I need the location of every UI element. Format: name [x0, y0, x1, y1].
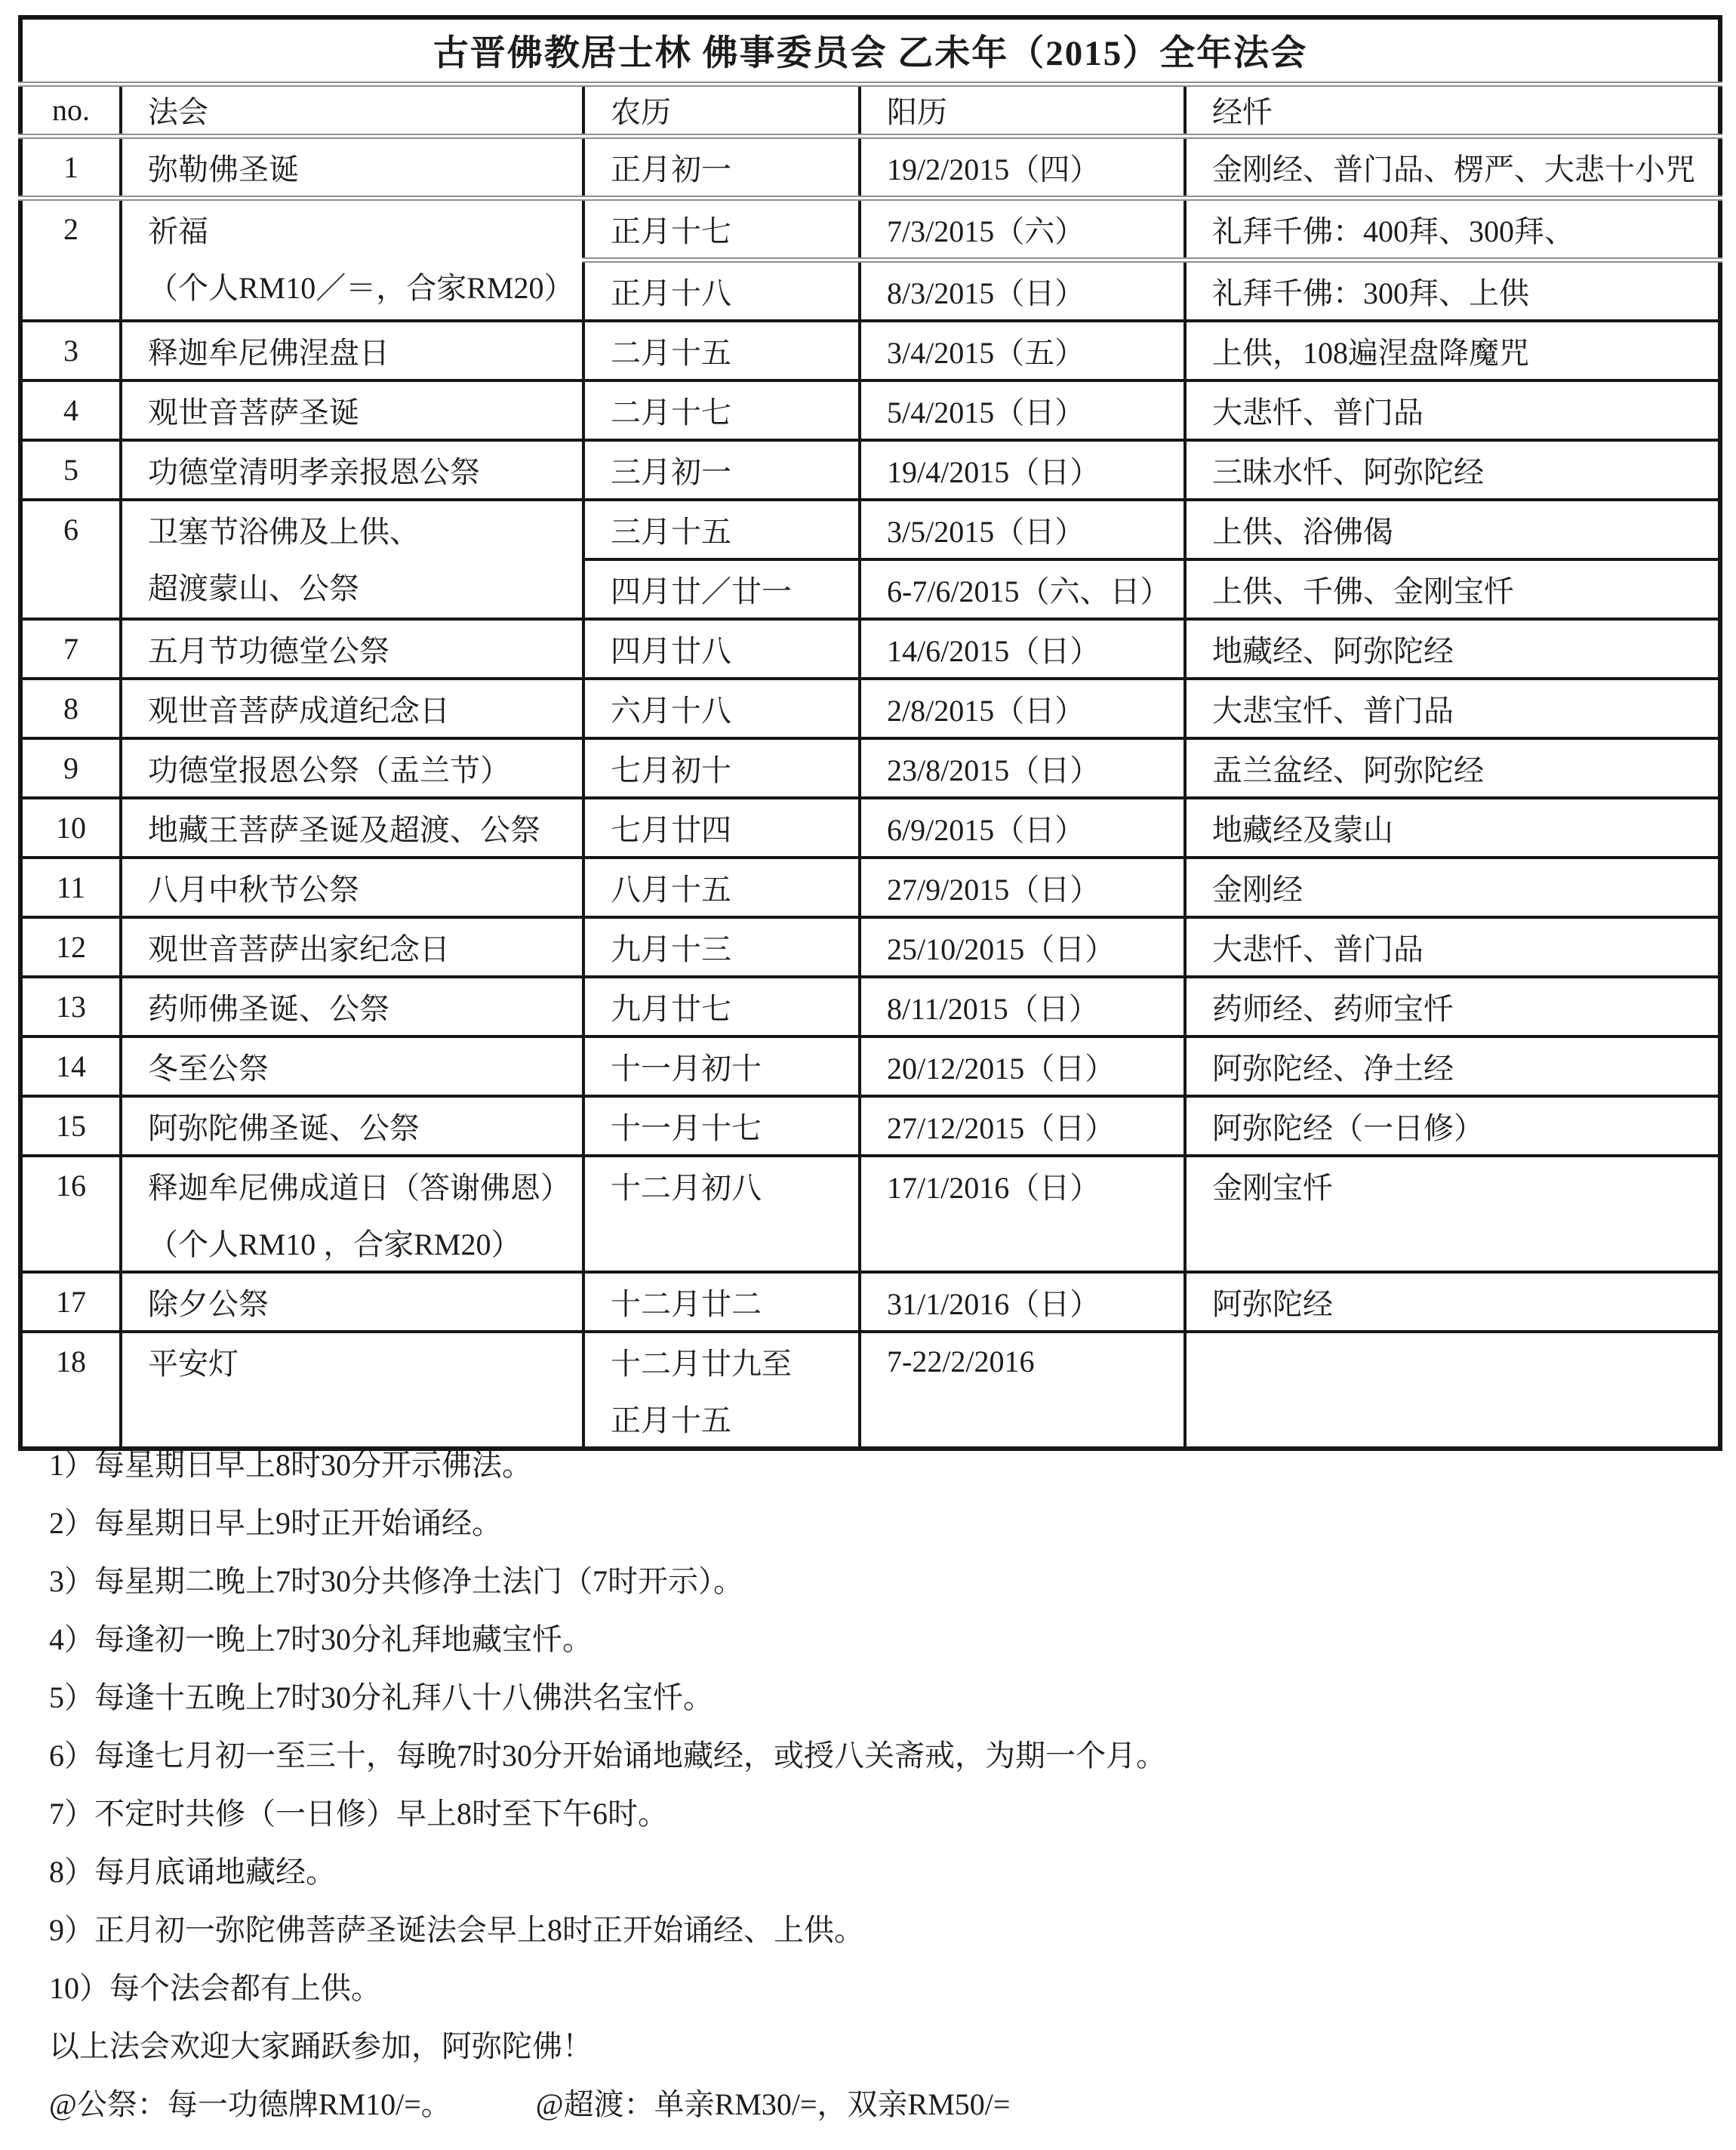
cell-nongli: 二月十五: [583, 321, 860, 380]
cell-line: 十一月十七: [585, 1098, 858, 1154]
cell-line: 16: [23, 1157, 119, 1214]
cell-line: 19/2/2015（四）: [861, 139, 1183, 196]
table-title: 古晋佛教居士林 佛事委员会 乙未年（2015）全年法会: [20, 17, 1720, 84]
cell-line: 11: [23, 859, 119, 916]
cell-nongli: 十二月廿二: [583, 1272, 860, 1332]
events-table-body: 古晋佛教居士林 佛事委员会 乙未年（2015）全年法会no.法会农历阳历经忏1弥…: [20, 17, 1720, 1449]
cell-line: 阿弥陀经、净土经: [1187, 1038, 1718, 1095]
cell-nongli: 四月廿／廿一: [583, 559, 860, 619]
cell-nongli: 十一月十七: [583, 1096, 860, 1156]
header-cell-2: 农历: [583, 84, 860, 136]
cell-line: 8/3/2015（日）: [861, 263, 1183, 319]
cell-fahui: 除夕公祭: [121, 1272, 583, 1332]
cell-line: 17: [23, 1274, 119, 1330]
cell-no: 13: [20, 977, 121, 1036]
note-line: 9）正月初一弥陀佛菩萨圣诞法会早上8时正开始诵经、上供。: [49, 1901, 1166, 1959]
cell-jingchan: 上供、浴佛偈: [1185, 500, 1720, 559]
cell-yangli: 8/3/2015（日）: [860, 260, 1185, 321]
cell-jingchan: 上供，108遍涅盘降魔咒: [1185, 321, 1720, 380]
cell-line: 27/9/2015（日）: [861, 859, 1183, 916]
cell-line: 2: [23, 201, 119, 257]
cell-line: 31/1/2016（日）: [861, 1274, 1183, 1330]
cell-line: 10: [23, 799, 119, 856]
cell-line: 礼拜千佛：300拜、上供: [1187, 263, 1718, 319]
cell-line: 观世音菩萨出家纪念日: [122, 919, 582, 975]
cell-fahui: 功德堂清明孝亲报恩公祭: [121, 440, 583, 500]
cell-jingchan: 大悲忏、普门品: [1185, 380, 1720, 440]
cell-line: 6/9/2015（日）: [861, 799, 1183, 856]
cell-no: 11: [20, 858, 121, 917]
cell-yangli: 7/3/2015（六）: [860, 198, 1185, 260]
cell-line: 7: [23, 621, 119, 677]
cell-line: 14: [23, 1038, 119, 1095]
cell-line: 3: [23, 322, 119, 379]
header-cell-3: 阳历: [860, 84, 1185, 136]
cell-line: 九月廿七: [585, 978, 858, 1035]
table-row: 9功德堂报恩公祭（盂兰节）七月初十23/8/2015（日）盂兰盆经、阿弥陀经: [20, 738, 1720, 798]
table-row: 17除夕公祭十二月廿二31/1/2016（日）阿弥陀经: [20, 1272, 1720, 1332]
cell-yangli: 8/11/2015（日）: [860, 977, 1185, 1036]
cell-yangli: 6/9/2015（日）: [860, 798, 1185, 858]
cell-fahui: 释迦牟尼佛涅盘日: [121, 321, 583, 380]
cell-line: 礼拜千佛：400拜、300拜、: [1187, 201, 1718, 257]
table-row: 12观世音菩萨出家纪念日九月十三25/10/2015（日）大悲忏、普门品: [20, 917, 1720, 977]
cell-yangli: 31/1/2016（日）: [860, 1272, 1185, 1332]
cell-nongli: 九月廿七: [583, 977, 860, 1036]
cell-line: 药师佛圣诞、公祭: [122, 978, 582, 1035]
cell-line: 上供、千佛、金刚宝忏: [1187, 561, 1718, 618]
cell-no: 7: [20, 619, 121, 679]
cell-line: 三月初一: [585, 442, 858, 498]
cell-line: 十一月初十: [585, 1038, 858, 1095]
cell-fahui: 观世音菩萨成道纪念日: [121, 679, 583, 738]
table-row: 古晋佛教居士林 佛事委员会 乙未年（2015）全年法会: [20, 17, 1720, 84]
cell-fahui: 祈福（个人RM10／＝，合家RM20）: [121, 198, 583, 321]
cell-jingchan: 药师经、药师宝忏: [1185, 977, 1720, 1036]
cell-line: 3/5/2015（日）: [861, 501, 1183, 558]
cell-no: 12: [20, 917, 121, 977]
cell-line: 二月十七: [585, 382, 858, 439]
cell-fahui: 药师佛圣诞、公祭: [121, 977, 583, 1036]
table-row: 13药师佛圣诞、公祭九月廿七8/11/2015（日）药师经、药师宝忏: [20, 977, 1720, 1036]
cell-line: 19/4/2015（日）: [861, 442, 1183, 498]
table-row: 16释迦牟尼佛成道日（答谢佛恩）（个人RM10 ，合家RM20）十二月初八17/…: [20, 1156, 1720, 1272]
cell-no: 18: [20, 1332, 121, 1449]
cell-line: 18: [23, 1333, 119, 1390]
cell-nongli: 正月十八: [583, 260, 860, 321]
cell-jingchan: 地藏经及蒙山: [1185, 798, 1720, 858]
closing-line: 以上法会欢迎大家踊跃参加，阿弥陀佛！: [49, 2017, 1166, 2075]
cell-line: 金刚经、普门品、楞严、大悲十小咒: [1187, 139, 1718, 196]
cell-line: 13: [23, 978, 119, 1035]
cell-line: 2/8/2015（日）: [861, 680, 1183, 737]
cell-yangli: 20/12/2015（日）: [860, 1036, 1185, 1096]
cell-fahui: 卫塞节浴佛及上供、超渡蒙山、公祭: [121, 500, 583, 619]
cell-line: 七月廿四: [585, 799, 858, 856]
cell-line: 12: [23, 919, 119, 975]
cell-line: 阿弥陀经（一日修）: [1187, 1098, 1718, 1154]
cell-jingchan: [1185, 1332, 1720, 1449]
cell-line: 三昧水忏、阿弥陀经: [1187, 442, 1718, 498]
table-row: 10地藏王菩萨圣诞及超渡、公祭七月廿四6/9/2015（日）地藏经及蒙山: [20, 798, 1720, 858]
cell-line: 经忏: [1187, 87, 1718, 134]
cell-yangli: 5/4/2015（日）: [860, 380, 1185, 440]
cell-line: 6: [23, 501, 119, 558]
cell-line: 14/6/2015（日）: [861, 621, 1183, 677]
cell-yangli: 14/6/2015（日）: [860, 619, 1185, 679]
cell-no: 4: [20, 380, 121, 440]
cell-jingchan: 阿弥陀经、净土经: [1185, 1036, 1720, 1096]
cell-line: 平安灯: [122, 1333, 582, 1390]
cell-line: 正月十七: [585, 201, 858, 257]
cell-line: 上供、浴佛偈: [1187, 501, 1718, 558]
cell-fahui: 观世音菩萨出家纪念日: [121, 917, 583, 977]
cell-line: 15: [23, 1098, 119, 1154]
header-row: no.法会农历阳历经忏: [20, 84, 1720, 136]
cell-yangli: 2/8/2015（日）: [860, 679, 1185, 738]
cell-line: 八月十五: [585, 859, 858, 916]
cell-line: 地藏王菩萨圣诞及超渡、公祭: [122, 799, 582, 856]
cell-yangli: 7-22/2/2016: [860, 1332, 1185, 1449]
cell-line: 弥勒佛圣诞: [122, 139, 582, 196]
cell-line: no.: [23, 87, 119, 134]
cell-line: 功德堂报恩公祭（盂兰节）: [122, 740, 582, 796]
cell-line: 7-22/2/2016: [861, 1333, 1183, 1390]
fee-gongji: @公祭：每一功德牌RM10/=。: [49, 2087, 451, 2121]
cell-no: 16: [20, 1156, 121, 1272]
cell-nongli: 六月十八: [583, 679, 860, 738]
cell-line: （个人RM10／＝，合家RM20）: [122, 257, 582, 314]
cell-jingchan: 金刚经: [1185, 858, 1720, 917]
table-row: 4观世音菩萨圣诞二月十七5/4/2015（日）大悲忏、普门品: [20, 380, 1720, 440]
table-row: 2祈福（个人RM10／＝，合家RM20）正月十七7/3/2015（六）礼拜千佛：…: [20, 198, 1720, 260]
cell-no: 14: [20, 1036, 121, 1096]
cell-nongli: 七月初十: [583, 738, 860, 798]
cell-fahui: 地藏王菩萨圣诞及超渡、公祭: [121, 798, 583, 858]
cell-line: 功德堂清明孝亲报恩公祭: [122, 442, 582, 498]
cell-yangli: 19/2/2015（四）: [860, 136, 1185, 198]
note-line: 10）每个法会都有上供。: [49, 1959, 1166, 2017]
cell-line: 阳历: [861, 87, 1183, 134]
cell-line: 观世音菩萨圣诞: [122, 382, 582, 439]
cell-line: 3/4/2015（五）: [861, 322, 1183, 379]
cell-line: 除夕公祭: [122, 1274, 582, 1330]
cell-line: 阿弥陀经: [1187, 1274, 1718, 1330]
cell-nongli: 九月十三: [583, 917, 860, 977]
cell-nongli: 十二月初八: [583, 1156, 860, 1272]
cell-no: 1: [20, 136, 121, 198]
cell-line: 卫塞节浴佛及上供、: [122, 501, 582, 558]
cell-yangli: 25/10/2015（日）: [860, 917, 1185, 977]
cell-line: 四月廿／廿一: [585, 561, 858, 618]
cell-line: 二月十五: [585, 322, 858, 379]
cell-line: 十二月廿九至: [585, 1333, 858, 1390]
cell-jingchan: 礼拜千佛：400拜、300拜、: [1185, 198, 1720, 260]
header-cell-1: 法会: [121, 84, 583, 136]
cell-line: 四月廿八: [585, 621, 858, 677]
cell-line: 阿弥陀佛圣诞、公祭: [122, 1098, 582, 1154]
cell-jingchan: 三昧水忏、阿弥陀经: [1185, 440, 1720, 500]
cell-no: 8: [20, 679, 121, 738]
table-row: 6卫塞节浴佛及上供、超渡蒙山、公祭三月十五3/5/2015（日）上供、浴佛偈: [20, 500, 1720, 559]
cell-line: 大悲忏、普门品: [1187, 919, 1718, 975]
cell-line: 祈福: [122, 201, 582, 257]
cell-nongli: 正月初一: [583, 136, 860, 198]
cell-line: 九月十三: [585, 919, 858, 975]
cell-line: 释迦牟尼佛涅盘日: [122, 322, 582, 379]
cell-line: 六月十八: [585, 680, 858, 737]
cell-yangli: 3/4/2015（五）: [860, 321, 1185, 380]
cell-nongli: 十二月廿九至正月十五: [583, 1332, 860, 1449]
cell-line: 27/12/2015（日）: [861, 1098, 1183, 1154]
header-cell-0: no.: [20, 84, 121, 136]
cell-line: 20/12/2015（日）: [861, 1038, 1183, 1095]
cell-fahui: 观世音菩萨圣诞: [121, 380, 583, 440]
events-table: 古晋佛教居士林 佛事委员会 乙未年（2015）全年法会no.法会农历阳历经忏1弥…: [18, 15, 1722, 1451]
cell-yangli: 27/9/2015（日）: [860, 858, 1185, 917]
note-line: 4）每逢初一晚上7时30分礼拜地藏宝忏。: [49, 1610, 1166, 1668]
cell-nongli: 二月十七: [583, 380, 860, 440]
cell-fahui: 平安灯: [121, 1332, 583, 1449]
cell-nongli: 十一月初十: [583, 1036, 860, 1096]
cell-jingchan: 阿弥陀经: [1185, 1272, 1720, 1332]
cell-line: 法会: [122, 87, 582, 134]
notes-section: 1）每星期日早上8时30分开示佛法。2）每星期日早上9时正开始诵经。3）每星期二…: [49, 1436, 1166, 2133]
cell-nongli: 三月初一: [583, 440, 860, 500]
fees-line: @公祭：每一功德牌RM10/=。@超渡：单亲RM30/=，双亲RM50/=: [49, 2075, 1166, 2133]
cell-line: 八月中秋节公祭: [122, 859, 582, 916]
cell-line: 十二月廿二: [585, 1274, 858, 1330]
cell-jingchan: 金刚宝忏: [1185, 1156, 1720, 1272]
table-row: 7五月节功德堂公祭四月廿八14/6/2015（日）地藏经、阿弥陀经: [20, 619, 1720, 679]
cell-jingchan: 礼拜千佛：300拜、上供: [1185, 260, 1720, 321]
table-row: 15阿弥陀佛圣诞、公祭十一月十七27/12/2015（日）阿弥陀经（一日修）: [20, 1096, 1720, 1156]
cell-line: 5/4/2015（日）: [861, 382, 1183, 439]
cell-line: 金刚经: [1187, 859, 1718, 916]
note-line: 8）每月底诵地藏经。: [49, 1843, 1166, 1901]
cell-fahui: 弥勒佛圣诞: [121, 136, 583, 198]
cell-line: 5: [23, 442, 119, 498]
cell-line: 农历: [585, 87, 858, 134]
note-line: 6）每逢七月初一至三十，每晚7时30分开始诵地藏经，或授八关斋戒，为期一个月。: [49, 1726, 1166, 1785]
cell-no: 2: [20, 198, 121, 321]
cell-line: 正月十八: [585, 263, 858, 319]
note-line: 2）每星期日早上9时正开始诵经。: [49, 1494, 1166, 1552]
cell-line: 观世音菩萨成道纪念日: [122, 680, 582, 737]
cell-line: 大悲忏、普门品: [1187, 382, 1718, 439]
cell-yangli: 3/5/2015（日）: [860, 500, 1185, 559]
cell-no: 6: [20, 500, 121, 619]
cell-line: 23/8/2015（日）: [861, 740, 1183, 796]
table-row: 14冬至公祭十一月初十20/12/2015（日）阿弥陀经、净土经: [20, 1036, 1720, 1096]
cell-jingchan: 盂兰盆经、阿弥陀经: [1185, 738, 1720, 798]
cell-line: 7/3/2015（六）: [861, 201, 1183, 257]
cell-fahui: 五月节功德堂公祭: [121, 619, 583, 679]
cell-line: 6-7/6/2015（六、日）: [861, 561, 1183, 618]
cell-no: 9: [20, 738, 121, 798]
cell-line: 1: [23, 139, 119, 196]
cell-line: 释迦牟尼佛成道日（答谢佛恩）: [122, 1157, 582, 1214]
cell-yangli: 27/12/2015（日）: [860, 1096, 1185, 1156]
cell-line: 三月十五: [585, 501, 858, 558]
table-row: 8观世音菩萨成道纪念日六月十八2/8/2015（日）大悲宝忏、普门品: [20, 679, 1720, 738]
cell-no: 17: [20, 1272, 121, 1332]
cell-line: 25/10/2015（日）: [861, 919, 1183, 975]
cell-nongli: 三月十五: [583, 500, 860, 559]
cell-nongli: 四月廿八: [583, 619, 860, 679]
cell-no: 3: [20, 321, 121, 380]
table-row: 3释迦牟尼佛涅盘日二月十五3/4/2015（五）上供，108遍涅盘降魔咒: [20, 321, 1720, 380]
table-row: 1弥勒佛圣诞正月初一19/2/2015（四）金刚经、普门品、楞严、大悲十小咒: [20, 136, 1720, 198]
cell-line: 五月节功德堂公祭: [122, 621, 582, 677]
cell-line: 七月初十: [585, 740, 858, 796]
cell-line: 金刚宝忏: [1187, 1157, 1718, 1214]
cell-line: 9: [23, 740, 119, 796]
cell-jingchan: 地藏经、阿弥陀经: [1185, 619, 1720, 679]
cell-no: 10: [20, 798, 121, 858]
cell-line: 4: [23, 382, 119, 439]
cell-jingchan: 金刚经、普门品、楞严、大悲十小咒: [1185, 136, 1720, 198]
cell-line: 地藏经及蒙山: [1187, 799, 1718, 856]
header-cell-4: 经忏: [1185, 84, 1720, 136]
cell-line: 盂兰盆经、阿弥陀经: [1187, 740, 1718, 796]
fee-chaodu: @超渡：单亲RM30/=，双亲RM50/=: [536, 2087, 1011, 2121]
note-line: 1）每星期日早上8时30分开示佛法。: [49, 1436, 1166, 1494]
cell-yangli: 19/4/2015（日）: [860, 440, 1185, 500]
cell-yangli: 17/1/2016（日）: [860, 1156, 1185, 1272]
cell-jingchan: 上供、千佛、金刚宝忏: [1185, 559, 1720, 619]
cell-fahui: 功德堂报恩公祭（盂兰节）: [121, 738, 583, 798]
cell-yangli: 23/8/2015（日）: [860, 738, 1185, 798]
cell-fahui: 阿弥陀佛圣诞、公祭: [121, 1096, 583, 1156]
cell-line: 正月初一: [585, 139, 858, 196]
cell-jingchan: 阿弥陀经（一日修）: [1185, 1096, 1720, 1156]
cell-fahui: 八月中秋节公祭: [121, 858, 583, 917]
cell-line: 药师经、药师宝忏: [1187, 978, 1718, 1035]
cell-line: 冬至公祭: [122, 1038, 582, 1095]
table-row: 18平安灯十二月廿九至正月十五7-22/2/2016: [20, 1332, 1720, 1449]
cell-nongli: 七月廿四: [583, 798, 860, 858]
cell-line: 8: [23, 680, 119, 737]
cell-yangli: 6-7/6/2015（六、日）: [860, 559, 1185, 619]
cell-line: 地藏经、阿弥陀经: [1187, 621, 1718, 677]
note-line: 3）每星期二晚上7时30分共修净土法门（7时开示）。: [49, 1552, 1166, 1610]
cell-line: （个人RM10 ，合家RM20）: [122, 1214, 582, 1271]
cell-fahui: 释迦牟尼佛成道日（答谢佛恩）（个人RM10 ，合家RM20）: [121, 1156, 583, 1272]
cell-no: 15: [20, 1096, 121, 1156]
cell-fahui: 冬至公祭: [121, 1036, 583, 1096]
cell-line: 超渡蒙山、公祭: [122, 558, 582, 615]
note-line: 5）每逢十五晚上7时30分礼拜八十八佛洪名宝忏。: [49, 1668, 1166, 1726]
cell-nongli: 正月十七: [583, 198, 860, 260]
cell-line: 8/11/2015（日）: [861, 978, 1183, 1035]
cell-line: 十二月初八: [585, 1157, 858, 1214]
cell-nongli: 八月十五: [583, 858, 860, 917]
cell-jingchan: 大悲忏、普门品: [1185, 917, 1720, 977]
cell-line: 17/1/2016（日）: [861, 1157, 1183, 1214]
cell-no: 5: [20, 440, 121, 500]
table-row: 5功德堂清明孝亲报恩公祭三月初一19/4/2015（日）三昧水忏、阿弥陀经: [20, 440, 1720, 500]
cell-line: 大悲宝忏、普门品: [1187, 680, 1718, 737]
cell-jingchan: 大悲宝忏、普门品: [1185, 679, 1720, 738]
table-row: 11八月中秋节公祭八月十五27/9/2015（日）金刚经: [20, 858, 1720, 917]
cell-line: 上供，108遍涅盘降魔咒: [1187, 322, 1718, 379]
note-line: 7）不定时共修（一日修）早上8时至下午6时。: [49, 1785, 1166, 1843]
